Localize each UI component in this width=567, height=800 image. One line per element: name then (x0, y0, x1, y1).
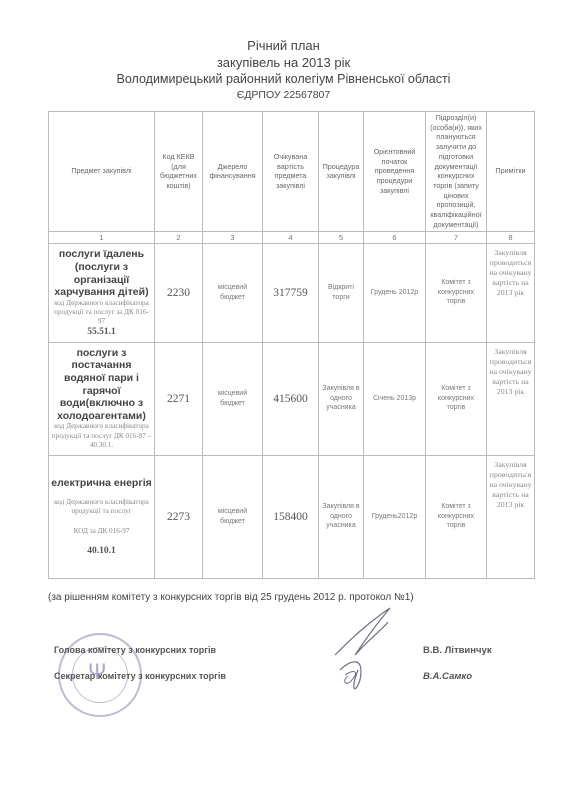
responsible-unit: Комітет з конкурсних торгів (426, 243, 487, 342)
procedure: Закупівля в одного учасника (319, 342, 364, 455)
column-number: 2 (155, 231, 203, 243)
start-date: Січень 2013р (364, 342, 426, 455)
column-number: 8 (487, 231, 535, 243)
kekv-code: 2271 (155, 342, 203, 455)
expected-cost: 158400 (263, 455, 319, 578)
column-number: 5 (319, 231, 364, 243)
column-header: Код КЕКВ (для бюджетних коштів) (155, 112, 203, 232)
column-header: Очікувана вартість предмета закупівлі (263, 112, 319, 232)
column-header: Примітки (487, 112, 535, 232)
start-date: Грудень 2012р (364, 243, 426, 342)
subject-title: послуги з постачання водяної пари і гаря… (51, 347, 152, 423)
handwritten-signature-icon (320, 600, 420, 700)
doc-subtitle: закупівель на 2013 рік (0, 55, 567, 70)
column-header: Підрозділ(и) (особа(и)), яких плануються… (426, 112, 487, 232)
column-header: Джерело фінансування (203, 112, 263, 232)
kekv-code: 2230 (155, 243, 203, 342)
subject-cell: електрична енергія код Державного класиф… (49, 455, 155, 578)
table-row: послуги їдалень (послуги з організації х… (49, 243, 535, 342)
column-number: 7 (426, 231, 487, 243)
procedure: Відкриті торги (319, 243, 364, 342)
secretary-role: Секретар комітету з конкурсних торгів (54, 671, 226, 681)
edrpou-code: ЄДРПОУ 22567807 (0, 89, 567, 101)
subject-title: електрична енергія (51, 477, 152, 490)
notes: Закупівля проводиться на очікувану варті… (487, 455, 535, 578)
column-header: Процедура закупівлі (319, 112, 364, 232)
notes: Закупівля проводиться на очікувану варті… (487, 243, 535, 342)
subject-title: послуги їдалень (послуги з організації х… (51, 248, 152, 298)
subject-note: код Державного класифікатора продукції т… (51, 299, 152, 327)
subject-cell: послуги їдалень (послуги з організації х… (49, 243, 155, 342)
expected-cost: 415600 (263, 342, 319, 455)
column-number: 1 (49, 231, 155, 243)
column-number: 4 (263, 231, 319, 243)
chairman-role: Голова комітету з конкурсних торгів (54, 645, 216, 655)
table-row: електрична енергія код Державного класиф… (49, 455, 535, 578)
table-row: послуги з постачання водяної пари і гаря… (49, 342, 535, 455)
subject-note: код Державного класифікатора продукції т… (51, 422, 152, 450)
chairman-name: В.В. Літвинчук (423, 645, 492, 656)
subject-cell: послуги з постачання водяної пари і гаря… (49, 342, 155, 455)
secretary-name: В.А.Самко (423, 671, 472, 682)
column-number: 6 (364, 231, 426, 243)
procedure: Закупівля в одного учасника (319, 455, 364, 578)
subject-code: 55.51.1 (51, 327, 152, 337)
start-date: Грудень2012р (364, 455, 426, 578)
column-header: Орієнтовний початок проведення процедури… (364, 112, 426, 232)
subject-note-code-label: КОД за ДК 016-97 (51, 527, 152, 536)
funding-source: місцевий бюджет (203, 455, 263, 578)
funding-source: місцевий бюджет (203, 342, 263, 455)
responsible-unit: Комітет з конкурсних торгів (426, 342, 487, 455)
expected-cost: 317759 (263, 243, 319, 342)
column-number: 3 (203, 231, 263, 243)
funding-source: місцевий бюджет (203, 243, 263, 342)
procurement-plan-table: Предмет закупівлі Код КЕКВ (для бюджетни… (48, 111, 535, 579)
column-header: Предмет закупівлі (49, 112, 155, 232)
responsible-unit: Комітет з конкурсних торгів (426, 455, 487, 578)
subject-code: 40.10.1 (51, 546, 152, 556)
notes: Закупівля проводиться на очікувану варті… (487, 342, 535, 455)
doc-title: Річний план (0, 38, 567, 53)
subject-note: код Державного класифікатора продукції т… (51, 498, 152, 517)
table-header-row: Предмет закупівлі Код КЕКВ (для бюджетни… (49, 112, 535, 232)
organization-name: Володимирецький районний колегіум Рівнен… (0, 72, 567, 86)
column-number-row: 1 2 3 4 5 6 7 8 (49, 231, 535, 243)
kekv-code: 2273 (155, 455, 203, 578)
